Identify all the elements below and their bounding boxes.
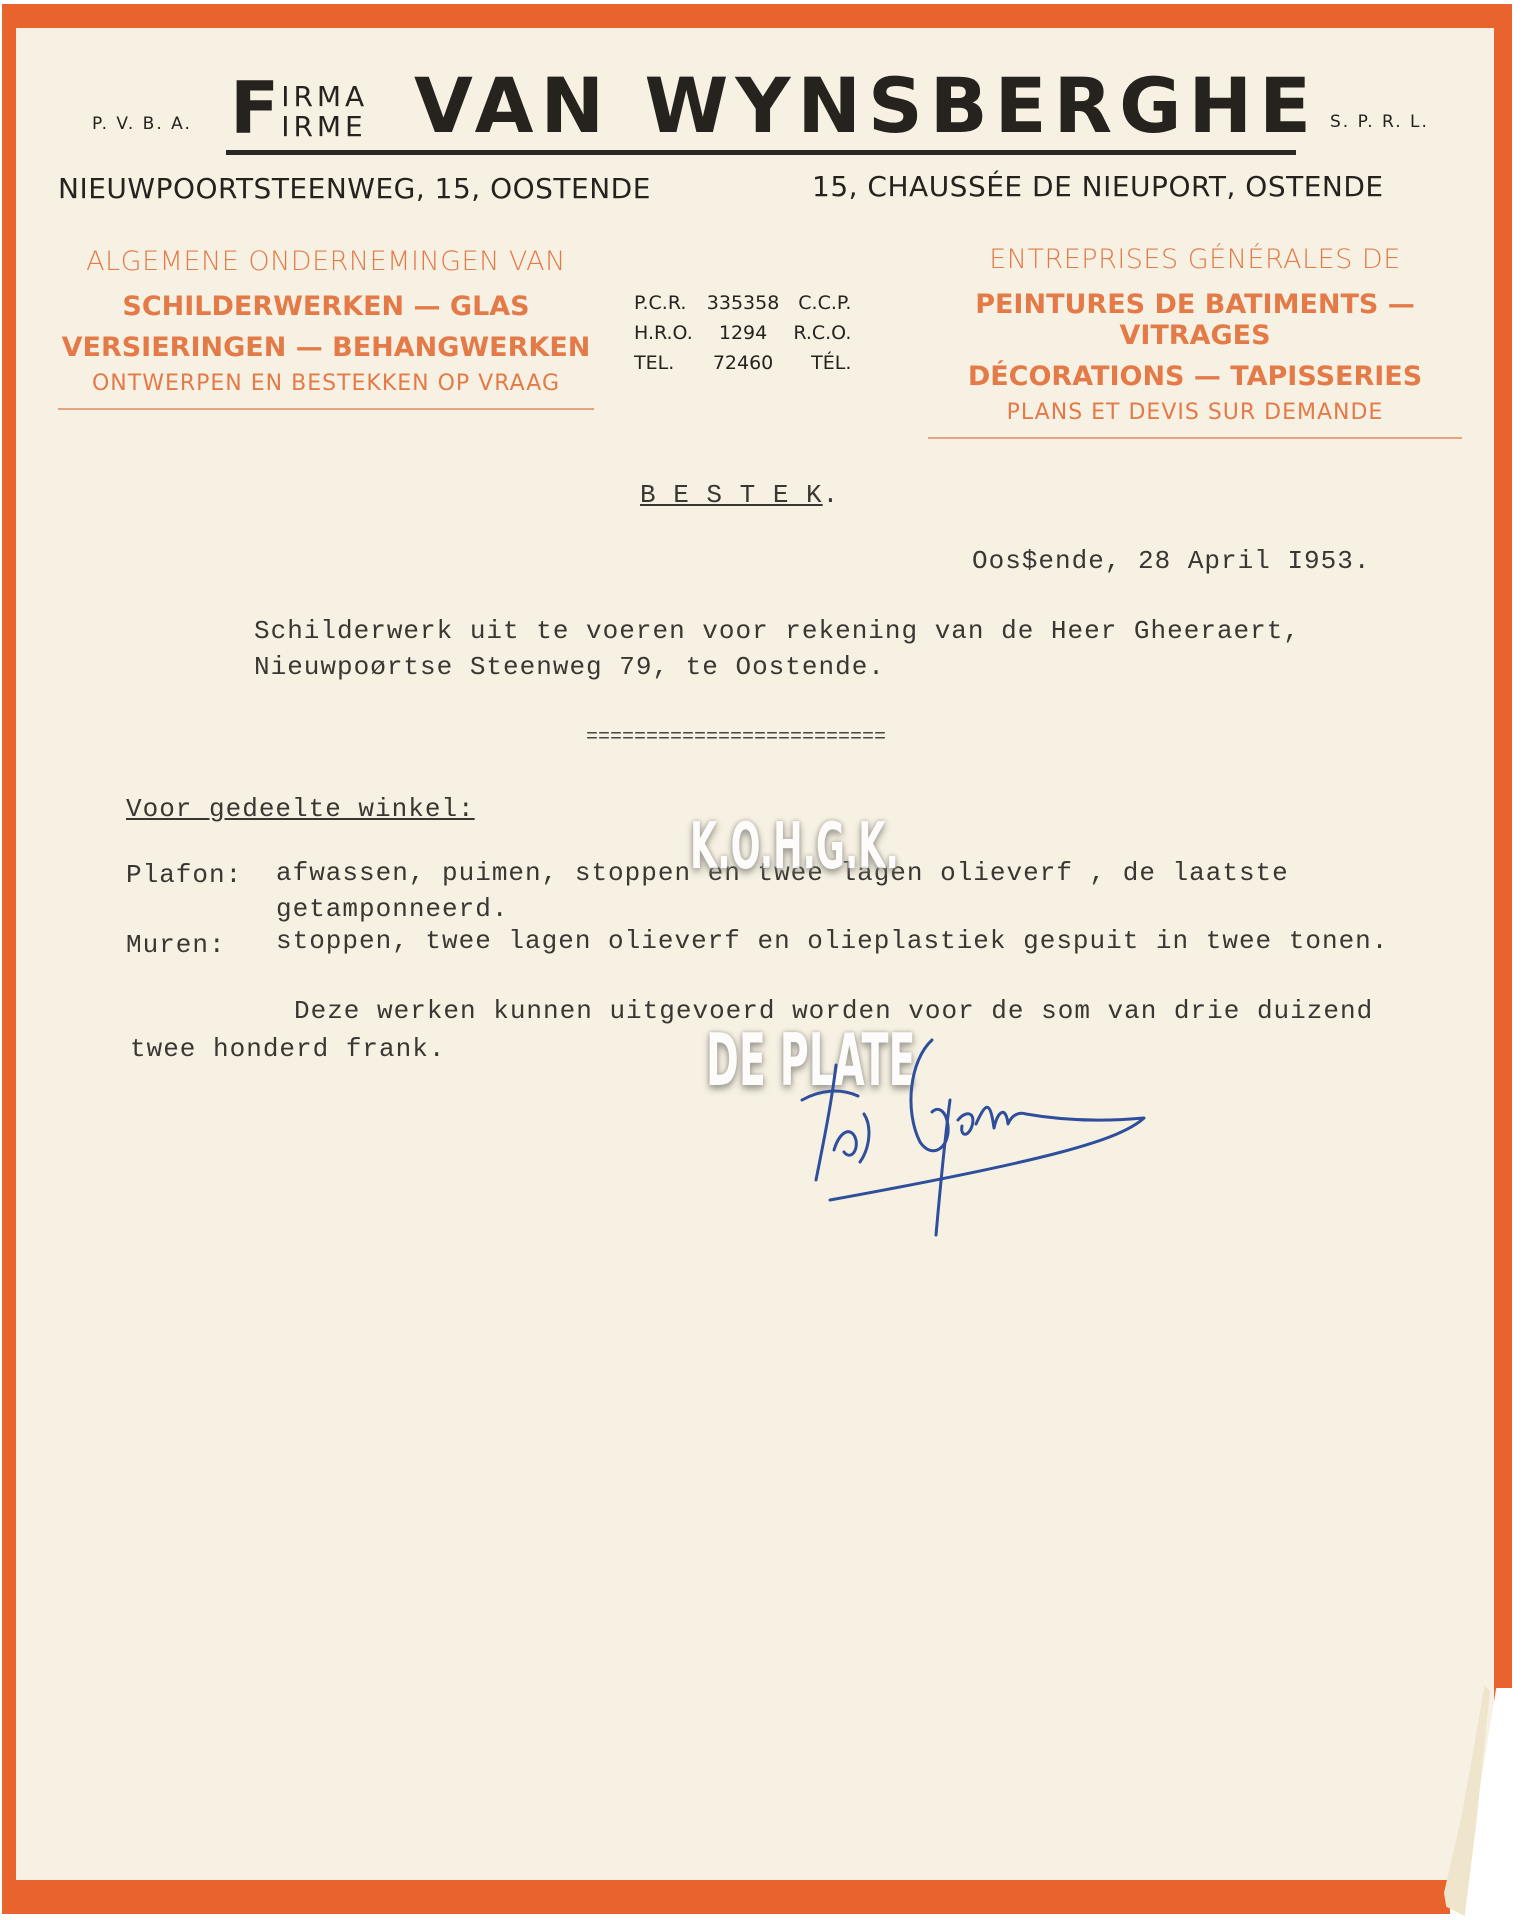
closing-line-2: twee honderd frank.: [130, 1034, 445, 1064]
address-nl: NIEUWPOORTSTEENWEG, 15, OOSTENDE: [58, 172, 651, 205]
intro-line-2: Nieuwpoørtse Steenweg 79, te Oostende.: [254, 652, 885, 682]
services-fr-intro: ENTREPRISES GÉNÉRALES DE: [928, 244, 1462, 275]
services-nl-rule: [58, 408, 594, 410]
legal-form-nl: P. V. B. A.: [92, 114, 192, 134]
legal-form-fr: S. P. R. L.: [1330, 112, 1429, 132]
reg-label-fr: R.C.O.: [793, 318, 865, 348]
services-nl-line3: VERSIERINGEN — BEHANGWERKEN: [58, 332, 594, 363]
services-nl-intro: ALGEMENE ONDERNEMINGEN VAN: [58, 246, 594, 277]
registration-row: TEL. 72460 TÉL.: [634, 348, 865, 378]
reg-value: 335358: [707, 288, 794, 318]
services-nl: ALGEMENE ONDERNEMINGEN VAN SCHILDERWERKE…: [58, 246, 594, 410]
services-nl-line2: SCHILDERWERKEN — GLAS: [58, 291, 594, 322]
item-muren-label: Muren:: [126, 930, 226, 960]
services-fr-rule: [928, 437, 1462, 439]
section-heading: Voor gedeelte winkel:: [126, 794, 475, 824]
item-plafon-label: Plafon:: [126, 860, 242, 890]
title-text: B E S T E K: [640, 480, 823, 510]
registration-row: P.C.R. 335358 C.C.P.: [634, 288, 865, 318]
firma-fr: IRME: [281, 112, 368, 142]
firma-initial: F: [230, 72, 279, 144]
handwritten-signature: [800, 1030, 1160, 1240]
reg-value: 1294: [707, 318, 794, 348]
date-line: Oos$ende, 28 April I953.: [972, 546, 1370, 576]
services-fr-line3: DÉCORATIONS — TAPISSERIES: [928, 361, 1462, 392]
reg-label-nl: TEL.: [634, 348, 707, 378]
document-title: B E S T E K.: [640, 480, 839, 510]
item-muren-text: stoppen, twee lagen olieverf en olieplas…: [276, 926, 1388, 956]
company-name: VAN WYNSBERGHE: [414, 68, 1318, 144]
title-period: .: [823, 480, 840, 510]
firma-mark: F IRMA IRME: [230, 72, 368, 144]
firma-nl: IRMA: [281, 82, 368, 112]
separator-line: =========================: [586, 726, 886, 749]
watermark-line-1: K.O.H.G.K.: [690, 810, 899, 884]
services-fr-line2: PEINTURES DE BATIMENTS — VITRAGES: [928, 289, 1462, 351]
address-fr: 15, CHAUSSÉE DE NIEUPORT, OSTENDE: [812, 170, 1384, 203]
title-rule: [226, 150, 1296, 155]
registration-table: P.C.R. 335358 C.C.P. H.R.O. 1294 R.C.O. …: [634, 288, 865, 378]
reg-value: 72460: [707, 348, 794, 378]
registration-row: H.R.O. 1294 R.C.O.: [634, 318, 865, 348]
reg-label-fr: C.C.P.: [793, 288, 865, 318]
reg-label-nl: P.C.R.: [634, 288, 707, 318]
reg-label-fr: TÉL.: [793, 348, 865, 378]
reg-label-nl: H.R.O.: [634, 318, 707, 348]
services-nl-note: ONTWERPEN EN BESTEKKEN OP VRAAG: [58, 371, 594, 396]
services-fr: ENTREPRISES GÉNÉRALES DE PEINTURES DE BA…: [928, 244, 1462, 439]
firma-words: IRMA IRME: [281, 82, 368, 142]
services-fr-note: PLANS ET DEVIS SUR DEMANDE: [928, 400, 1462, 425]
item-plafon-text-cont: getamponneerd.: [276, 894, 508, 924]
intro-line-1: Schilderwerk uit te voeren voor rekening…: [254, 616, 1300, 646]
